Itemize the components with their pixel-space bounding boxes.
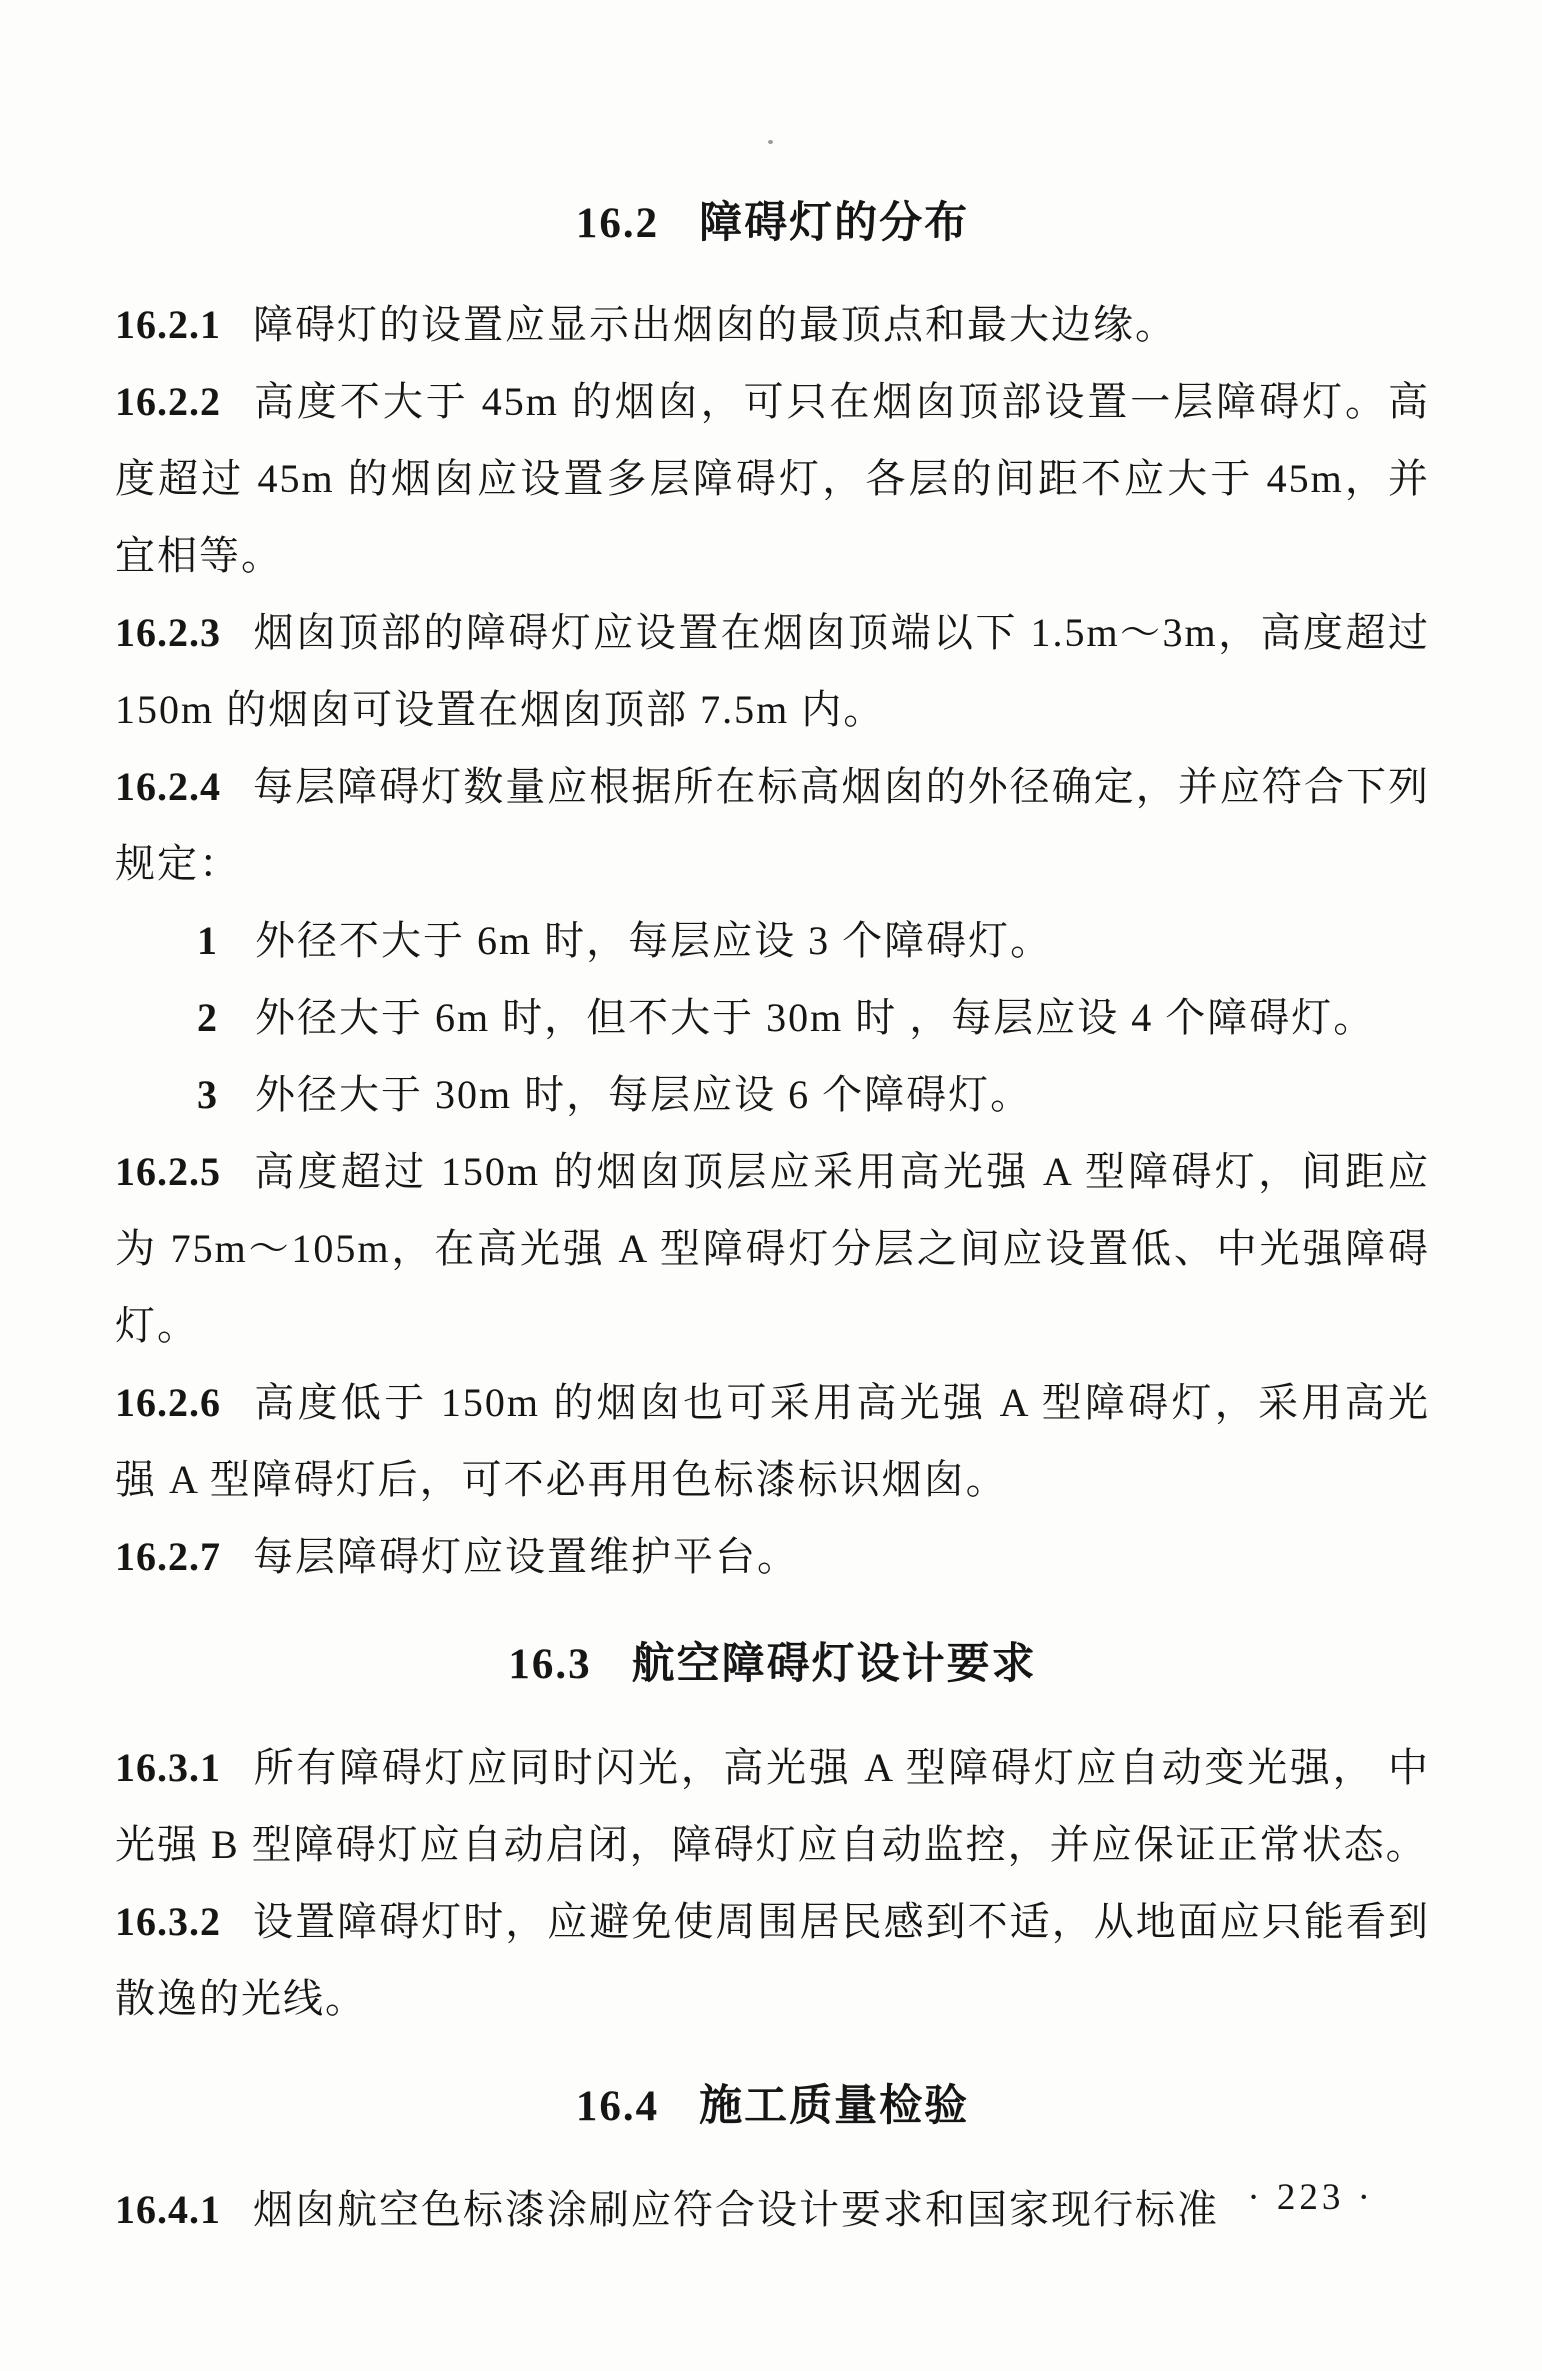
clause-text: 烟囱顶部的障碍灯应设置在烟囱顶端以下 1.5m～3m，高度超过 150m 的烟囱… [115,610,1430,732]
clause-number: 16.2.6 [115,1380,221,1425]
clause-text: 障碍灯的设置应显示出烟囱的最顶点和最大边缘。 [253,302,1177,347]
list-item-3: 3外径大于 30m 时，每层应设 6 个障碍灯。 [115,1056,1430,1133]
section-number: 16.3 [508,1641,591,1688]
clause-number: 16.3.1 [115,1745,221,1790]
clause-16-3-2: 16.3.2设置障碍灯时，应避免使周围居民感到不适，从地面应只能看到散逸的光线。 [115,1883,1430,2037]
clause-number: 16.2.2 [115,379,221,424]
item-number: 3 [197,1072,219,1117]
clause-16-2-6: 16.2.6高度低于 150m 的烟囱也可采用高光强 A 型障碍灯，采用高光强 … [115,1364,1430,1518]
list-item-2: 2外径大于 6m 时，但不大于 30m 时 ，每层应设 4 个障碍灯。 [115,979,1430,1056]
clause-number: 16.2.4 [115,764,221,809]
clause-number: 16.2.7 [115,1534,221,1579]
list-item-1: 1外径不大于 6m 时，每层应设 3 个障碍灯。 [115,902,1430,979]
item-number: 2 [197,995,219,1040]
section-number: 16.4 [576,2083,659,2130]
section-heading-16-4: 16.4施工质量检验 [115,2079,1430,2135]
item-text: 外径不大于 6m 时，每层应设 3 个障碍灯。 [255,918,1052,963]
clause-text: 烟囱航空色标漆涂刷应符合设计要求和国家现行标准 [253,2187,1219,2232]
section-heading-16-3: 16.3航空障碍灯设计要求 [115,1637,1430,1693]
clause-16-2-7: 16.2.7每层障碍灯应设置维护平台。 [115,1518,1430,1595]
section-number: 16.2 [576,200,659,247]
section-heading-16-2: 16.2障碍灯的分布 [115,196,1430,252]
item-text: 外径大于 30m 时，每层应设 6 个障碍灯。 [255,1072,1032,1117]
item-number: 1 [197,918,219,963]
clause-number: 16.4.1 [115,2187,221,2232]
clause-number: 16.3.2 [115,1899,221,1944]
clause-text: 高度低于 150m 的烟囱也可采用高光强 A 型障碍灯，采用高光强 A 型障碍灯… [115,1380,1430,1502]
clause-text: 所有障碍灯应同时闪光，高光强 A 型障碍灯应自动变光强， 中光强 B 型障碍灯应… [115,1745,1430,1867]
clause-text: 设置障碍灯时，应避免使周围居民感到不适，从地面应只能看到散逸的光线。 [115,1899,1430,2021]
clause-text: 高度不大于 45m 的烟囱，可只在烟囱顶部设置一层障碍灯。高度超过 45m 的烟… [115,379,1430,578]
clause-text: 高度超过 150m 的烟囱顶层应采用高光强 A 型障碍灯，间距应为 75m～10… [115,1149,1430,1348]
clause-text: 每层障碍灯数量应根据所在标高烟囱的外径确定，并应符合下列规定： [115,764,1430,886]
clause-number: 16.2.1 [115,302,221,347]
section-title: 航空障碍灯设计要求 [632,1641,1037,1688]
page-number: · 223 · [1247,2176,1374,2219]
section-title: 障碍灯的分布 [699,200,969,247]
document-page: 16.2障碍灯的分布 16.2.1障碍灯的设置应显示出烟囱的最顶点和最大边缘。 … [0,0,1542,2371]
clause-number: 16.2.5 [115,1149,221,1194]
clause-16-2-3: 16.2.3烟囱顶部的障碍灯应设置在烟囱顶端以下 1.5m～3m，高度超过 15… [115,594,1430,748]
clause-16-2-1: 16.2.1障碍灯的设置应显示出烟囱的最顶点和最大边缘。 [115,286,1430,363]
clause-16-3-1: 16.3.1所有障碍灯应同时闪光，高光强 A 型障碍灯应自动变光强， 中光强 B… [115,1729,1430,1883]
clause-number: 16.2.3 [115,610,221,655]
clause-16-4-1: 16.4.1烟囱航空色标漆涂刷应符合设计要求和国家现行标准 [115,2171,1430,2248]
clause-16-2-4: 16.2.4每层障碍灯数量应根据所在标高烟囱的外径确定，并应符合下列规定： [115,748,1430,902]
clause-16-2-2: 16.2.2高度不大于 45m 的烟囱，可只在烟囱顶部设置一层障碍灯。高度超过 … [115,363,1430,594]
clause-text: 每层障碍灯应设置维护平台。 [253,1534,799,1579]
item-text: 外径大于 6m 时，但不大于 30m 时 ，每层应设 4 个障碍灯。 [255,995,1375,1040]
clause-16-2-5: 16.2.5高度超过 150m 的烟囱顶层应采用高光强 A 型障碍灯，间距应为 … [115,1133,1430,1364]
scan-artifact-dot [768,140,773,144]
section-title: 施工质量检验 [699,2083,969,2130]
